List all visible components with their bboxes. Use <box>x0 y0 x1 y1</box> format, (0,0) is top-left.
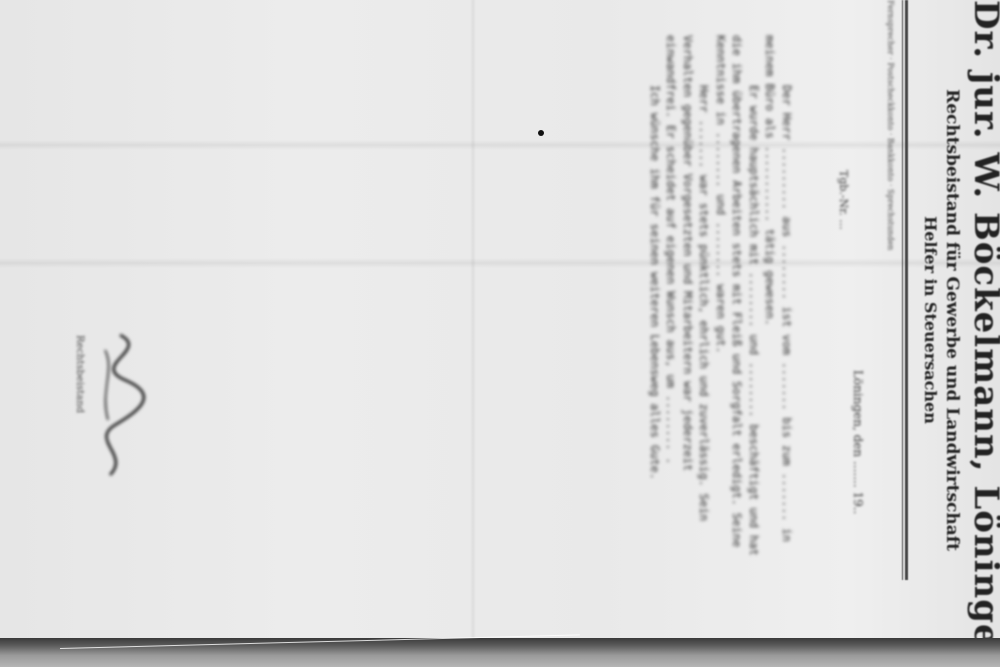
page-edge-shadow <box>0 638 1000 667</box>
body-paragraph: Der Herr ......... aus ........ ist vom … <box>762 35 795 560</box>
body-paragraph: Er wurde hauptsächlich mit ........ und … <box>713 35 763 560</box>
body-paragraph: Ich wünsche ihm für seinen weiteren Lebe… <box>647 35 664 560</box>
rotated-letter: Dr. jur. W. Böckelmann, Löningen i. Oldb… <box>0 0 1000 667</box>
letterhead-name: Dr. jur. W. Böckelmann, Löningen i. Oldb… <box>966 0 1000 640</box>
date-line: Löningen, den ....... 19.. <box>851 370 865 514</box>
letterhead-subtitle-2: Helfer in Steuersachen <box>921 0 940 640</box>
letter-body: Der Herr ......... aus ........ ist vom … <box>647 35 796 560</box>
reference-number: Tgb.-Nr. ... <box>837 170 850 230</box>
document-page: Dr. jur. W. Böckelmann, Löningen i. Oldb… <box>0 0 1000 640</box>
letterhead-subtitle: Rechtsbeistand für Gewerbe und Landwirts… <box>942 0 962 640</box>
signature-caption: Rechtsbeistand <box>74 335 85 413</box>
letterhead-rule <box>905 0 908 580</box>
letterhead-rule-thin <box>902 0 903 580</box>
signature <box>80 330 160 480</box>
body-paragraph: Herr ....... war stets pünktlich, ehrlic… <box>663 35 713 560</box>
ink-spot <box>538 130 544 136</box>
letterhead-small-print: Fernsprecher · Postscheckkonto · Bankkon… <box>886 0 895 575</box>
